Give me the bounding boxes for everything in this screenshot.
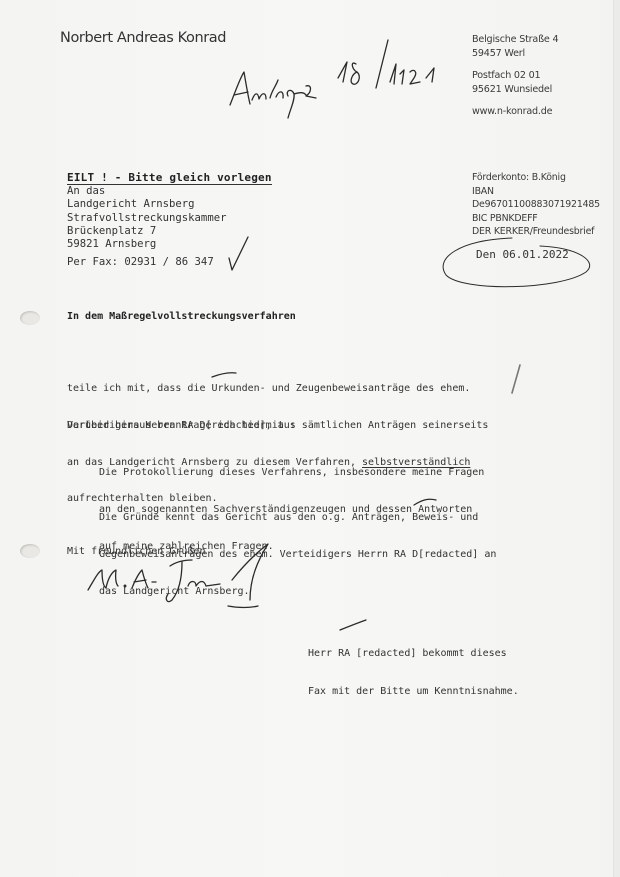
check-mark xyxy=(229,237,248,270)
handwritten-annotation xyxy=(230,72,316,118)
letter-page: Norbert Andreas Konrad Belgische Straße … xyxy=(0,0,620,877)
redaction-stroke xyxy=(212,373,236,377)
handwriting-layer xyxy=(0,0,620,877)
signature xyxy=(88,544,268,608)
redaction-stroke xyxy=(340,620,366,630)
date-circle xyxy=(443,238,590,287)
margin-mark xyxy=(512,365,520,393)
handwritten-reference xyxy=(338,40,434,88)
redaction-stroke xyxy=(414,499,436,505)
